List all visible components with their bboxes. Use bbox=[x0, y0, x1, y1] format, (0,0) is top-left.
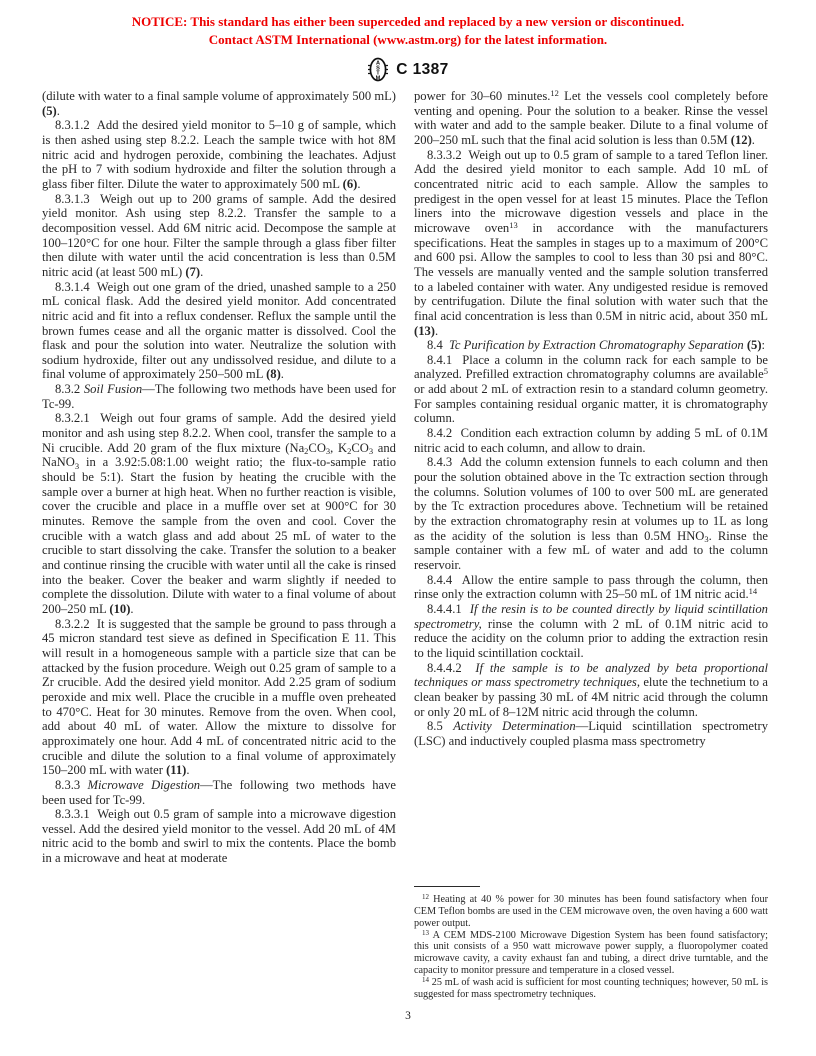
footnote: 12 Heating at 40 % power for 30 minutes … bbox=[414, 894, 768, 930]
paragraph: 8.3.2.2 It is suggested that the sample … bbox=[42, 617, 396, 778]
document-page: NOTICE: This standard has either been su… bbox=[0, 0, 816, 1056]
footnote: 14 25 mL of wash acid is sufficient for … bbox=[414, 977, 768, 1001]
paragraph: 8.3.2 Soil Fusion—The following two meth… bbox=[42, 382, 396, 411]
page-number: 3 bbox=[0, 1010, 816, 1022]
paragraph: 8.4.2 Condition each extraction column b… bbox=[414, 426, 768, 455]
document-header: A S T M C 1387 bbox=[0, 56, 816, 83]
doc-code: C 1387 bbox=[396, 61, 448, 79]
paragraph: 8.4.4.1 If the resin is to be counted di… bbox=[414, 602, 768, 661]
notice-line-1: NOTICE: This standard has either been su… bbox=[0, 13, 816, 31]
svg-text:M: M bbox=[376, 75, 381, 81]
paragraph: 8.3.3.2 Weigh out up to 0.5 gram of samp… bbox=[414, 148, 768, 339]
paragraph: 8.4.3 Add the column extension funnels t… bbox=[414, 455, 768, 572]
paragraph: 8.3.3.1 Weigh out 0.5 gram of sample int… bbox=[42, 807, 396, 866]
paragraph: 8.3.3 Microwave Digestion—The following … bbox=[42, 778, 396, 807]
discontinuation-notice: NOTICE: This standard has either been su… bbox=[0, 0, 816, 48]
notice-line-2: Contact ASTM International (www.astm.org… bbox=[0, 31, 816, 49]
footnotes: 12 Heating at 40 % power for 30 minutes … bbox=[414, 894, 768, 1001]
paragraph: 8.3.1.4 Weigh out one gram of the dried,… bbox=[42, 280, 396, 383]
paragraph: 8.4.4 Allow the entire sample to pass th… bbox=[414, 573, 768, 602]
paragraph: 8.5 Activity Determination—Liquid scinti… bbox=[414, 719, 768, 748]
paragraph: power for 30–60 minutes.12 Let the vesse… bbox=[414, 89, 768, 148]
footnote-rule bbox=[414, 886, 480, 887]
paragraph: 8.3.1.3 Weigh out up to 200 grams of sam… bbox=[42, 192, 396, 280]
paragraph: 8.3.1.2 Add the desired yield monitor to… bbox=[42, 118, 396, 191]
footnote: 13 A CEM MDS-2100 Microwave Digestion Sy… bbox=[414, 930, 768, 978]
paragraph: 8.3.2.1 Weigh out four grams of sample. … bbox=[42, 411, 396, 616]
astm-logo-icon: A S T M bbox=[367, 57, 389, 82]
column-right: power for 30–60 minutes.12 Let the vesse… bbox=[414, 89, 768, 1001]
paragraph: (dilute with water to a final sample vol… bbox=[42, 89, 396, 118]
document-body: (dilute with water to a final sample vol… bbox=[42, 89, 772, 1001]
column-right-text: power for 30–60 minutes.12 Let the vesse… bbox=[414, 89, 768, 749]
paragraph: 8.4 Tc Purification by Extraction Chroma… bbox=[414, 338, 768, 353]
paragraph: 8.4.4.2 If the sample is to be analyzed … bbox=[414, 661, 768, 720]
paragraph: 8.4.1 Place a column in the column rack … bbox=[414, 353, 768, 426]
footnote-block: 12 Heating at 40 % power for 30 minutes … bbox=[414, 886, 768, 1001]
column-left: (dilute with water to a final sample vol… bbox=[42, 89, 396, 1001]
